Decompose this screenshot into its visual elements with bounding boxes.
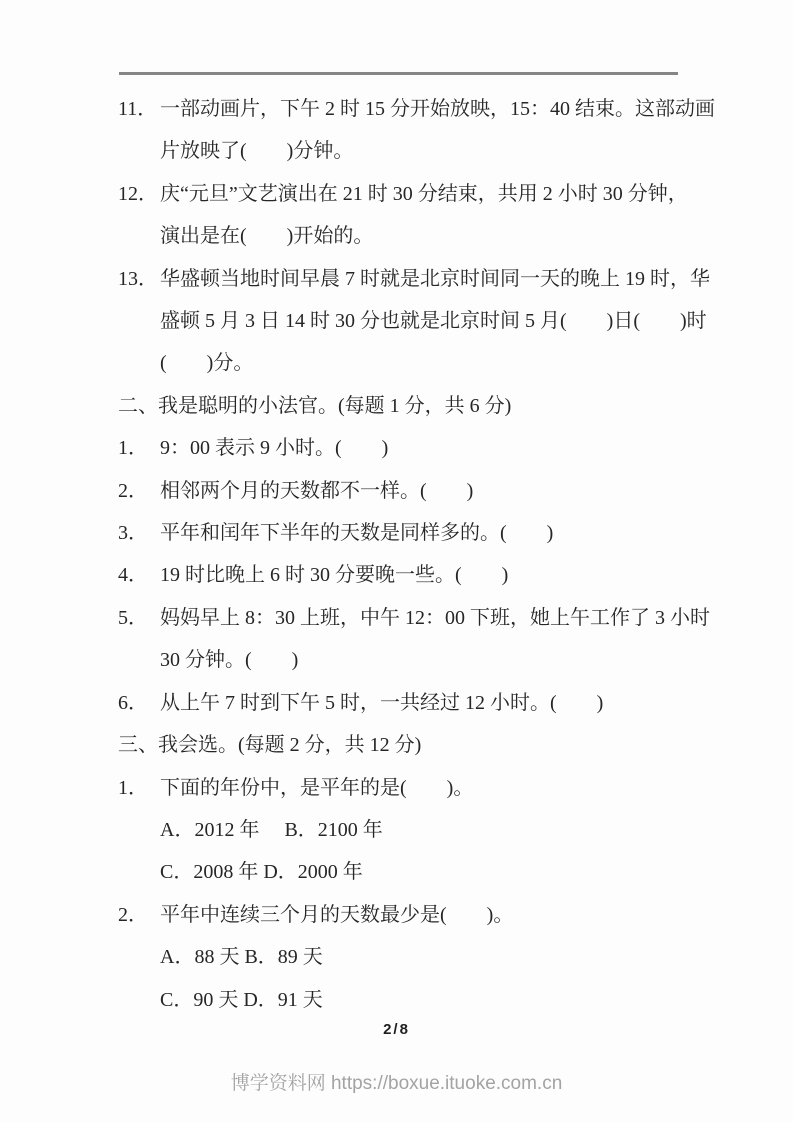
question-number: 1． [118,767,160,809]
question-text: 从上午 7 时到下午 5 时，一共经过 12 小时。( ) [160,692,603,714]
question-line-continued: 演出是在( )开始的。 [118,215,680,257]
question-number: 5． [118,597,160,639]
question-text: 9：00 表示 9 小时。( ) [160,437,388,459]
question-number: 13． [118,258,160,300]
question-line: 4．19 时比晚上 6 时 30 分要晚一些。( ) [118,554,680,596]
question-line: 6．从上午 7 时到下午 5 时，一共经过 12 小时。( ) [118,682,680,724]
question-text: 19 时比晚上 6 时 30 分要晚一些。( ) [160,564,508,586]
choice-options-text: A．88 天 B．89 天 [160,946,323,968]
worksheet-page: 11．一部动画片，下午 2 时 15 分开始放映，15：40 结束。这部动画 片… [0,0,793,1122]
question-line: 13．华盛顿当地时间早晨 7 时就是北京时间同一天的晚上 19 时，华 [118,258,680,300]
question-text: 庆“元旦”文艺演出在 21 时 30 分结束，共用 2 小时 30 分钟， [160,183,688,205]
question-line: 11．一部动画片，下午 2 时 15 分开始放映，15：40 结束。这部动画 [118,88,680,130]
choice-options-line: A．88 天 B．89 天 [118,936,680,978]
section-title: 三、我会选。(每题 2 分，共 12 分) [118,734,421,756]
choice-options-text: A．2012 年 B．2100 年 [160,819,383,841]
section-title: 二、我是聪明的小法官。(每题 1 分，共 6 分) [118,395,511,417]
question-line-continued: 片放映了( )分钟。 [118,130,680,172]
choice-options-line: C．90 天 D．91 天 [118,979,680,1021]
question-number: 6． [118,682,160,724]
choice-options-text: C．2008 年 D．2000 年 [160,861,363,883]
question-text: 片放映了( )分钟。 [160,140,353,162]
question-line-continued: 30 分钟。( ) [118,639,680,681]
question-line: 2．相邻两个月的天数都不一样。( ) [118,470,680,512]
question-text: 30 分钟。( ) [160,649,298,671]
question-line: 12．庆“元旦”文艺演出在 21 时 30 分结束，共用 2 小时 30 分钟， [118,173,680,215]
worksheet-body: 11．一部动画片，下午 2 时 15 分开始放映，15：40 结束。这部动画 片… [118,88,680,1021]
question-number: 1． [118,427,160,469]
question-line-continued: 盛顿 5 月 3 日 14 时 30 分也就是北京时间 5 月( )日( )时 [118,300,680,342]
choice-options-line: C．2008 年 D．2000 年 [118,851,680,893]
question-line-continued: ( )分。 [118,342,680,384]
question-line: 5．妈妈早上 8：30 上班，中午 12：00 下班，她上午工作了 3 小时 [118,597,680,639]
question-line: 3．平年和闰年下半年的天数是同样多的。( ) [118,512,680,554]
question-text: 下面的年份中，是平年的是( )。 [160,777,473,799]
question-line: 1．下面的年份中，是平年的是( )。 [118,767,680,809]
question-text: 相邻两个月的天数都不一样。( ) [160,480,473,502]
question-number: 2． [118,470,160,512]
question-number: 2． [118,894,160,936]
page-number: 2/8 [0,1021,793,1038]
question-text: 一部动画片，下午 2 时 15 分开始放映，15：40 结束。这部动画 [160,98,715,120]
question-number: 3． [118,512,160,554]
question-line: 1．9：00 表示 9 小时。( ) [118,427,680,469]
question-text: 平年中连续三个月的天数最少是( )。 [160,904,513,926]
section-header: 三、我会选。(每题 2 分，共 12 分) [118,724,680,766]
question-text: ( )分。 [160,352,253,374]
header-rule [119,72,678,75]
question-number: 4． [118,554,160,596]
choice-options-line: A．2012 年 B．2100 年 [118,809,680,851]
footer-watermark: 博学资料网 https://boxue.ituoke.com.cn [0,1068,793,1095]
question-line: 2．平年中连续三个月的天数最少是( )。 [118,894,680,936]
question-text: 平年和闰年下半年的天数是同样多的。( ) [160,522,553,544]
choice-options-text: C．90 天 D．91 天 [160,989,323,1011]
question-number: 11． [118,88,160,130]
question-text: 演出是在( )开始的。 [160,225,373,247]
section-header: 二、我是聪明的小法官。(每题 1 分，共 6 分) [118,385,680,427]
question-text: 华盛顿当地时间早晨 7 时就是北京时间同一天的晚上 19 时，华 [160,268,710,290]
question-text: 盛顿 5 月 3 日 14 时 30 分也就是北京时间 5 月( )日( )时 [160,310,707,332]
question-number: 12． [118,173,160,215]
question-text: 妈妈早上 8：30 上班，中午 12：00 下班，她上午工作了 3 小时 [160,607,710,629]
